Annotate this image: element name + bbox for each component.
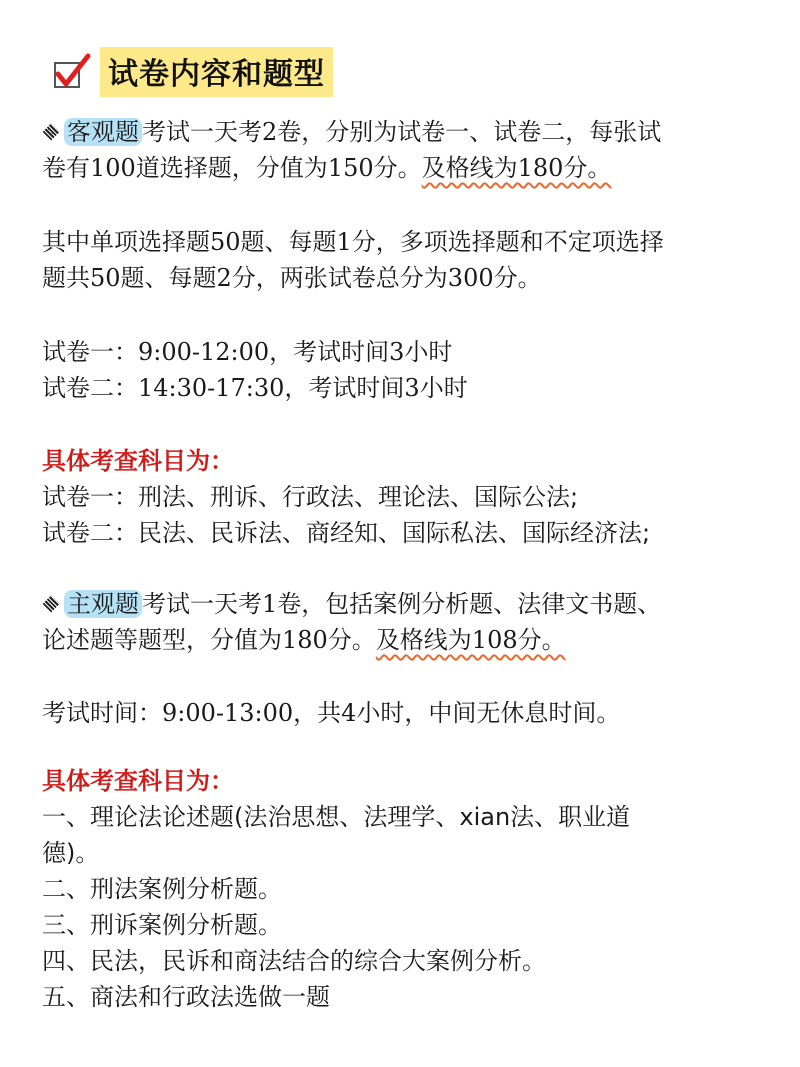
- subjective-subjects-section: 具体考查科目为： 一、理论法论述题(法治思想、法理学、xian法、职业道 德)。…: [42, 763, 766, 1015]
- section-heading: 具体考查科目为：: [42, 763, 766, 799]
- subjective-line-1: 主观题考试一天考1卷，包括案例分析题、法律文书题、: [42, 586, 766, 622]
- subjective-line-2: 论述题等题型，分值为180分。及格线为108分。: [42, 622, 766, 658]
- subjective-text: 考试一天考1卷，包括案例分析题、法律文书题、: [142, 590, 661, 618]
- objective-section: 客观题考试一天考2卷，分别为试卷一、试卷二，每张试 卷有100道选择题，分值为1…: [42, 114, 766, 186]
- subject-list-item: 二、刑法案例分析题。: [42, 871, 766, 907]
- subject-list-item: 一、理论法论述题(法治思想、法理学、xian法、职业道: [42, 799, 766, 835]
- subjective-section: 主观题考试一天考1卷，包括案例分析题、法律文书题、 论述题等题型，分值为180分…: [42, 586, 766, 658]
- subjective-time-section: 考试时间：9:00-13:00，共4小时，中间无休息时间。: [42, 695, 766, 731]
- schedule-paper-1: 试卷一：9:00-12:00，考试时间3小时: [42, 334, 766, 370]
- subjective-time: 考试时间：9:00-13:00，共4小时，中间无休息时间。: [42, 695, 766, 731]
- subject-list-item: 试卷二：民法、民诉法、商经知、国际私法、国际经济法;: [42, 515, 766, 551]
- section-heading: 具体考查科目为：: [42, 443, 766, 479]
- objective-subjects-section: 具体考查科目为： 试卷一：刑法、刑诉、行政法、理论法、国际公法; 试卷二：民法、…: [42, 443, 766, 551]
- subjective-tag: 主观题: [64, 590, 142, 618]
- schedule-section: 试卷一：9:00-12:00，考试时间3小时 试卷二：14:30-17:30，考…: [42, 334, 766, 406]
- subject-list-item: 三、刑诉案例分析题。: [42, 907, 766, 943]
- diamond-bullet-icon: [42, 595, 60, 613]
- scoring-section: 其中单项选择题50题、每题1分，多项选择题和不定项选择 题共50题、每题2分，两…: [42, 224, 766, 296]
- subject-list-item: 试卷一：刑法、刑诉、行政法、理论法、国际公法;: [42, 479, 766, 515]
- checkbox-checked-icon: [50, 52, 94, 92]
- subject-list-item: 德)。: [42, 835, 766, 871]
- objective-tag: 客观题: [64, 118, 142, 146]
- objective-line-1: 客观题考试一天考2卷，分别为试卷一、试卷二，每张试: [42, 114, 766, 150]
- page-title: 试卷内容和题型: [100, 47, 333, 97]
- scoring-line-1: 其中单项选择题50题、每题1分，多项选择题和不定项选择: [42, 224, 766, 260]
- objective-line-2: 卷有100道选择题，分值为150分。及格线为180分。: [42, 150, 766, 186]
- subject-list-item: 四、民法，民诉和商法结合的综合大案例分析。: [42, 943, 766, 979]
- subjective-score-text: 论述题等题型，分值为180分。: [42, 626, 376, 654]
- title-row: 试卷内容和题型: [50, 48, 333, 96]
- subjective-pass-line: 及格线为108分。: [376, 626, 566, 654]
- schedule-paper-2: 试卷二：14:30-17:30，考试时间3小时: [42, 370, 766, 406]
- scoring-line-2: 题共50题、每题2分，两张试卷总分为300分。: [42, 260, 766, 296]
- diamond-bullet-icon: [42, 123, 60, 141]
- subject-list-item: 五、商法和行政法选做一题: [42, 979, 766, 1015]
- objective-score-text: 卷有100道选择题，分值为150分。: [42, 154, 422, 182]
- objective-pass-line: 及格线为180分。: [422, 154, 612, 182]
- objective-text: 考试一天考2卷，分别为试卷一、试卷二，每张试: [142, 118, 661, 146]
